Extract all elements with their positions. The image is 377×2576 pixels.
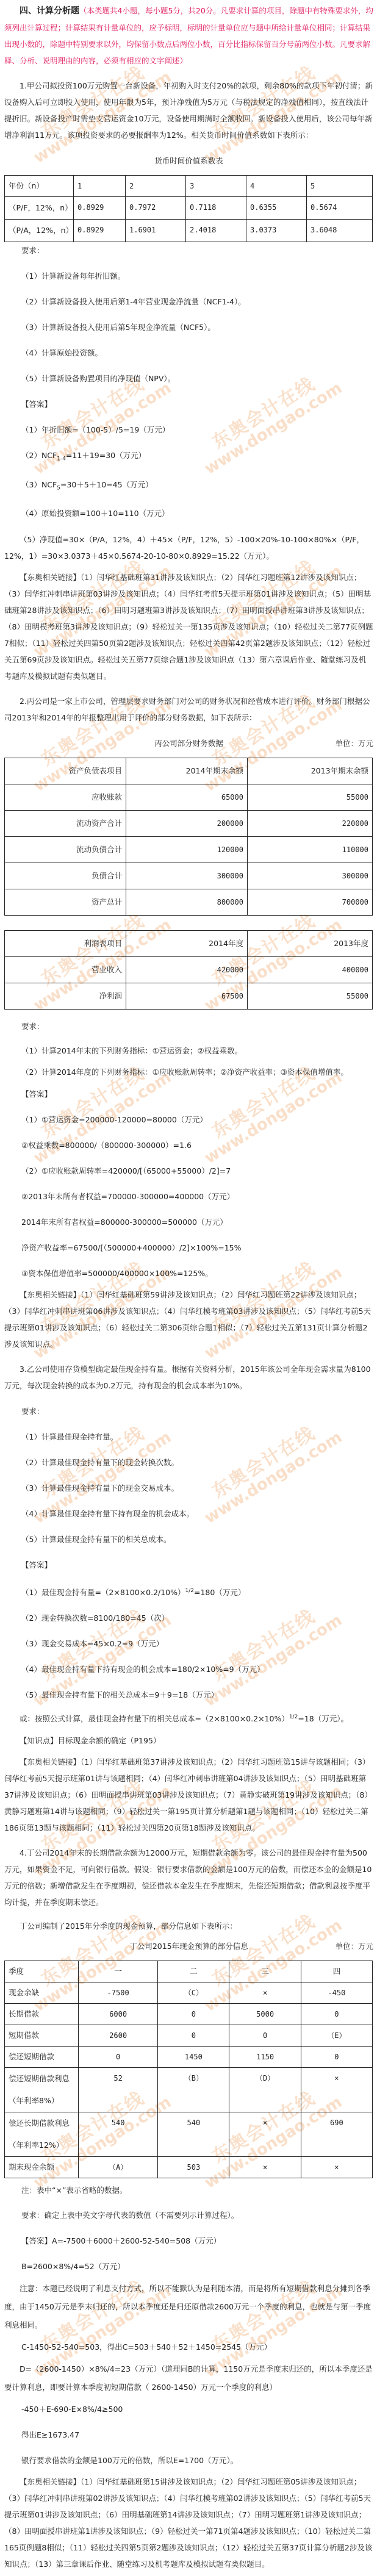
requirement-item: （1）计算新设备每年折旧额。 xyxy=(4,264,373,289)
table-cell: 1150 xyxy=(229,2047,301,2068)
table-row: 营业收入420000400000 xyxy=(5,957,373,983)
requirements-label: 要求： xyxy=(4,1399,373,1424)
table-cell: 55000 xyxy=(247,784,372,811)
table-cell: 年份（n） xyxy=(5,176,74,197)
answer-item: -450＋E-690-E×8%/4≥500 xyxy=(4,2397,373,2422)
table-cell: × xyxy=(229,2112,301,2157)
answer-item: （1）最佳现金持有量=（2×8100×0.2/10%）1/2=180（万元） xyxy=(4,1578,373,1606)
requirement-item: （2）计算最佳现金持有量下的现金转换次数。 xyxy=(4,1450,373,1476)
table-cell: 营业收入 xyxy=(5,957,126,983)
table-cell: 540 xyxy=(158,2112,229,2157)
table-cell: 0 xyxy=(229,2025,301,2047)
table-cell: 300000 xyxy=(126,863,247,889)
q4-table-caption: 丁公司2015年现金预算的部分信息单位：万元 xyxy=(4,1937,373,1956)
answer-item: （2）NCF1-4=11＋19=30（万元） xyxy=(4,443,373,472)
table-cell: 0.5674 xyxy=(307,197,373,220)
q2-stem: 2.丙公司是一家上市公司，管理层要求财务部门对公司的财务状况和经营成本进行评价。… xyxy=(4,693,373,726)
table-row: （P/F，12%，n） 0.8929 0.7972 0.7118 0.6355 … xyxy=(5,197,373,220)
table-cell: 长期借款 xyxy=(5,2004,79,2025)
table-cell: 2014年期末余额 xyxy=(126,758,247,784)
table-row: 长期借款6000050000 xyxy=(5,2004,373,2025)
table-row: 期末现金余额（A）503×× xyxy=(5,2157,373,2178)
answer-item: （2）①应收账款周转率=420000/[（65000+55000）/2]=7 xyxy=(4,1158,373,1184)
table-cell: 2013年度 xyxy=(247,931,372,957)
requirement-item: （5）计算新设备购置项目的净现值（NPV）。 xyxy=(4,366,373,392)
table-cell: 65000 xyxy=(126,784,247,811)
answer-text: 或：按照公式计算，最佳现金持有量下的相关总成本=（2×8100×0.2×10%） xyxy=(20,1714,289,1723)
table-cell: 应收账款 xyxy=(5,784,126,811)
requirement-item: （2）计算新设备投入使用后第1-4年营业现金净流量（NCF1-4）。 xyxy=(4,289,373,315)
table-unit: 单位：万元 xyxy=(335,734,373,753)
related-links: 【东奥相关链接】（1）闫华红基础班第37讲涉及该知识点；（2）闫华红习题班第15… xyxy=(4,1754,373,1836)
table-cell: （B） xyxy=(158,2068,229,2112)
knowledge-point: 【知识点】目标现金余额的确定（P195） xyxy=(4,1728,373,1754)
answer-item: （3）现金交易成本=45×0.2=9（万元） xyxy=(4,1631,373,1657)
requirement-item: （2）计算2014年度的下列财务指标：①应收账款周转率；②净资产收益率；③资本保… xyxy=(4,1063,373,1082)
table-header-row: 年份（n） 1 2 3 4 5 xyxy=(5,176,373,197)
section-header: 四、计算分析题（本类题共4小题，每小题5分，共20分。凡要求计算的项目，除题中有… xyxy=(4,2,373,69)
table-cell: 2.4018 xyxy=(186,220,246,242)
q1-stem: 1.甲公司拟投资100万元购置一台新设备，年初购入时支付20%的款项，剩余80%… xyxy=(4,77,373,143)
requirement-item: （3）计算新设备投入使用后第5年现金净流量（NCF5）。 xyxy=(4,315,373,340)
table-cell: 0.7972 xyxy=(126,197,186,220)
cash-budget-table: 季度 一 二 三 四 现金余缺-7500（C）×-450 长期借款6000050… xyxy=(4,1961,373,2178)
answer-label: 【答案】 xyxy=(21,2236,52,2245)
table-cell: 4 xyxy=(246,176,307,197)
q4-stem: 4.丁公司2014年末的长期借款余额为12000万元，短期借款余额为零。该公司的… xyxy=(4,1845,373,1910)
answer-note: 注意：本题已经说明了利息支付方式，所以不能默认为是利随本清，而是将所有短期借款利… xyxy=(4,2280,373,2334)
table-title: 丁公司2015年现金预算的部分信息 xyxy=(129,1942,248,1951)
answer-item: B=2600×8%/4=52（万元） xyxy=(4,2254,373,2280)
answer-item: 银行要求借款的金额是100万元的倍数，所以E=1700（万元）。 xyxy=(4,2448,373,2474)
table-cell: 现金余缺 xyxy=(5,1982,79,2004)
requirement-item: （3）计算最佳现金持有量下的现金交易成本。 xyxy=(4,1476,373,1501)
table-title: 丙公司部分财务数据 xyxy=(154,739,223,748)
q3-stem: 3.乙公司使用存货模型确定最佳现金持有量。根据有关资料分析，2015年该公司全年… xyxy=(4,1361,373,1394)
balance-sheet-table: 资产负债表项目 2014年期末余额 2013年期末余额 应收账款65000550… xyxy=(4,758,373,916)
table-cell: 0.8929 xyxy=(74,220,126,242)
table-cell: 400000 xyxy=(247,957,372,983)
table-cell: 流动负债合计 xyxy=(5,837,126,863)
table-row: 净利润6750055000 xyxy=(5,983,373,1010)
question-2: 2.丙公司是一家上市公司，管理层要求财务部门对公司的财务状况和经营成本进行评价。… xyxy=(4,693,373,1352)
table-cell: 5 xyxy=(307,176,373,197)
table-row: 短期借款260000（E） xyxy=(5,2025,373,2047)
table-cell: 四 xyxy=(301,1961,372,1982)
answer-item: ②权益乘数=800000/（800000-300000）=1.6 xyxy=(4,1133,373,1158)
table-cell: 2013年期末余额 xyxy=(247,758,372,784)
related-links: 【东奥相关链接】（1）闫华红基础班第59讲涉及该知识点；（2）闫华红习题班第22… xyxy=(4,1286,373,1352)
answer-item: （1）年折旧额=（100-5）/5=19（万元） xyxy=(4,417,373,443)
requirement-item: （4）计算原始投资额。 xyxy=(4,340,373,366)
answer-item: （5）最佳现金持有量下的相关总成本=9＋9=18（万元） xyxy=(4,1682,373,1708)
table-header-row: 季度 一 二 三 四 xyxy=(5,1961,373,1982)
table-cell: 流动资产合计 xyxy=(5,811,126,837)
answer-text: =180（万元） xyxy=(194,1588,245,1597)
table-cell: 净利润 xyxy=(5,983,126,1010)
table-row: 流动负债合计120000110000 xyxy=(5,837,373,863)
table-cell: 0.8929 xyxy=(74,197,126,220)
table-cell: 利润表项目 xyxy=(5,931,126,957)
q4-stem-2: 丁公司编制了2015年分季度的现金预算，部分信息如下表所示： xyxy=(4,1915,373,1937)
table-cell: × xyxy=(301,2157,372,2178)
answer-item: 净资产收益率=67500/[（500000+400000）/2]×100%=15… xyxy=(4,1235,373,1261)
requirement-item: 要求：确定上表中英文字母代表的数值（不需要列示计算过程）。 xyxy=(4,2203,373,2228)
table-row: （P/A，12%，n） 0.8929 1.6901 2.4018 3.0373 … xyxy=(5,220,373,242)
answer-item: （4）最佳现金持有量下持有现金的机会成本=180/2×10%=9（万元） xyxy=(4,1657,373,1682)
table-row: 负债合计300000300000 xyxy=(5,863,373,889)
answer-text: A=-7500＋6000＋2600-52-540=508（万元） xyxy=(52,2236,221,2245)
answer-text: （3）NCF xyxy=(21,480,57,489)
table-cell: （P/A，12%，n） xyxy=(5,220,74,242)
answer-item: C-1450-52-540=503，得出C=503＋540＋52＋1450=25… xyxy=(4,2334,373,2360)
table-cell: 0 xyxy=(158,2004,229,2025)
table-cell: -450 xyxy=(301,1982,372,2004)
subscript: 1-4 xyxy=(57,456,66,462)
table-cell: 偿还短期借款利息（年利率8%） xyxy=(5,2068,79,2112)
answer-item: （5）净现值=30×（P/A，12%，4）＋45×（P/F，12%，5）-100… xyxy=(4,531,373,564)
table-cell: 5000 xyxy=(229,2004,301,2025)
answer-text: （2）NCF xyxy=(21,451,57,460)
section-title: 四、计算分析题 xyxy=(20,6,79,16)
table-cell: 短期借款 xyxy=(5,2025,79,2047)
table-cell: 3.0373 xyxy=(246,220,307,242)
answer-text: =11＋19=30（万元） xyxy=(66,451,146,460)
table-cell: 0.6355 xyxy=(246,197,307,220)
table-cell: （A） xyxy=(79,2157,158,2178)
table-cell: 110000 xyxy=(247,837,372,863)
table-cell: 三 xyxy=(229,1961,301,1982)
table-row: 偿还短期借款利息（年利率8%）52（B）（D）× xyxy=(5,2068,373,2112)
answer-text: =18（万元）。 xyxy=(298,1714,348,1723)
table-cell: -7500 xyxy=(79,1982,158,2004)
table-cell: 800000 xyxy=(126,889,247,916)
table-cell: 120000 xyxy=(126,837,247,863)
table-cell: 52 xyxy=(79,2068,158,2112)
table-row: 应收账款6500055000 xyxy=(5,784,373,811)
table-cell: 资产总计 xyxy=(5,889,126,916)
table-cell: 一 xyxy=(79,1961,158,1982)
requirements-label: 要求： xyxy=(4,1014,373,1039)
table-row: 流动资产合计200000220000 xyxy=(5,811,373,837)
requirement-item: （4）计算最佳现金持有量下持有现金的机会成本。 xyxy=(4,1501,373,1527)
table-header-row: 资产负债表项目 2014年期末余额 2013年期末余额 xyxy=(5,758,373,784)
table-cell: 540 xyxy=(79,2112,158,2157)
table-cell: 2600 xyxy=(79,2025,158,2047)
related-links: 【东奥相关链接】（1）闫华红基础班第15讲涉及该知识点；（2）闫华红习题班第05… xyxy=(4,2474,373,2572)
table-cell: 200000 xyxy=(126,811,247,837)
table-title: 货币时间价值系数表 xyxy=(154,156,223,165)
table-cell: （E） xyxy=(301,2025,372,2047)
table-cell: 2014年度 xyxy=(126,931,247,957)
time-value-table: 年份（n） 1 2 3 4 5 （P/F，12%，n） 0.8929 0.797… xyxy=(4,175,373,242)
table-row: 偿还短期借款0145011500 xyxy=(5,2047,373,2068)
requirements-label: 要求： xyxy=(4,242,373,259)
table-row: 资产总计800000700000 xyxy=(5,889,373,916)
q1-table-caption: 货币时间价值系数表 xyxy=(4,152,373,170)
table-cell: 0 xyxy=(79,2047,158,2068)
table-cell: × xyxy=(301,2068,372,2112)
answer-text: （1）最佳现金持有量=（2×8100×0.2/10%） xyxy=(21,1588,185,1597)
table-cell: 0.7118 xyxy=(186,197,246,220)
table-row: 偿还长期借款利息（年利率12%）540540×690 xyxy=(5,2112,373,2157)
table-cell: 67500 xyxy=(126,983,247,1010)
answer-text: =30＋5＋10=45（万元） xyxy=(60,480,153,489)
question-4: 4.丁公司2014年末的长期借款余额为12000万元，短期借款余额为零。该公司的… xyxy=(4,1845,373,2572)
answer-item: （4）原始投资额=100＋10=110（万元） xyxy=(4,501,373,526)
answer-item: 得出E≥1673.47 xyxy=(4,2422,373,2448)
table-cell: 220000 xyxy=(247,811,372,837)
related-links: 【东奥相关链接】（1）闫华红基础班第31讲涉及该知识点；（2）闫华红习题班第12… xyxy=(4,569,373,684)
table-cell: 0 xyxy=(301,2004,372,2025)
answer-item: ②2013年末所有者权益=700000-300000=400000（万元） xyxy=(4,1184,373,1210)
table-cell: 3.6048 xyxy=(307,220,373,242)
table-row: 现金余缺-7500（C）×-450 xyxy=(5,1982,373,2004)
question-1: 1.甲公司拟投资100万元购置一台新设备，年初购入时支付20%的款项，剩余80%… xyxy=(4,77,373,684)
answer-label: 【答案】 xyxy=(4,1082,373,1107)
table-cell: 503 xyxy=(158,2157,229,2178)
table-cell: 0 xyxy=(301,2047,372,2068)
table-cell: 420000 xyxy=(126,957,247,983)
table-cell: （C） xyxy=(158,1982,229,2004)
table-cell: 二 xyxy=(158,1961,229,1982)
question-3: 3.乙公司使用存货模型确定最佳现金持有量。根据有关资料分析，2015年该公司全年… xyxy=(4,1361,373,1836)
table-cell: 1.6901 xyxy=(126,220,186,242)
answer-item: 或：按照公式计算，最佳现金持有量下的相关总成本=（2×8100×0.2×10%）… xyxy=(4,1708,373,1728)
q2-table-caption: 丙公司部分财务数据单位：万元 xyxy=(4,734,373,753)
table-cell: 55000 xyxy=(247,983,372,1010)
table-cell: 1 xyxy=(74,176,126,197)
table-cell: （P/F，12%，n） xyxy=(5,197,74,220)
table-cell: 6000 xyxy=(79,2004,158,2025)
table-cell: 0 xyxy=(158,2025,229,2047)
answer-item: （3）NCF5=30＋5＋10=45（万元） xyxy=(4,472,373,501)
table-unit: 单位：万元 xyxy=(335,1937,373,1956)
answer-item: 【答案】A=-7500＋6000＋2600-52-540=508（万元） xyxy=(4,2228,373,2254)
superscript: 1/2 xyxy=(185,1588,194,1594)
table-cell: 偿还长期借款利息（年利率12%） xyxy=(5,2112,79,2157)
table-cell: 期末现金余额 xyxy=(5,2157,79,2178)
table-cell: 690 xyxy=(301,2112,372,2157)
requirement-item: （1）计算2014年末的下列财务指标：①营运资金；②权益乘数。 xyxy=(4,1039,373,1063)
answer-item: （2）现金转换次数=8100/180=45（次） xyxy=(4,1606,373,1631)
superscript: 1/2 xyxy=(289,1714,298,1720)
answer-item: ③资本保值增值率=500000/400000×100%=125%。 xyxy=(4,1261,373,1286)
table-cell: 700000 xyxy=(247,889,372,916)
answer-item: 2014年末所有者权益=800000-300000=500000（万元） xyxy=(4,1210,373,1235)
answer-item: D=（2600-1450）×8%/4=23（万元）（道理同B的计算，1150万元… xyxy=(4,2360,373,2397)
table-cell: 负债合计 xyxy=(5,863,126,889)
table-cell: 300000 xyxy=(247,863,372,889)
table-cell: 季度 xyxy=(5,1961,79,1982)
table-cell: × xyxy=(229,1982,301,2004)
answer-label: 【答案】 xyxy=(4,392,373,417)
income-statement-table: 利润表项目 2014年度 2013年度 营业收入420000400000 净利润… xyxy=(4,930,373,1010)
answer-item: （1）①营运资金=200000-120000=80000（万元） xyxy=(4,1107,373,1133)
table-cell: 1450 xyxy=(158,2047,229,2068)
requirement-item: （1）计算最佳现金持有量。 xyxy=(4,1424,373,1450)
table-cell: 偿还短期借款 xyxy=(5,2047,79,2068)
table-cell: 3 xyxy=(186,176,246,197)
table-cell: 资产负债表项目 xyxy=(5,758,126,784)
table-cell: × xyxy=(229,2157,301,2178)
table-note: 注：表中“×”表示省略的数据。 xyxy=(4,2178,373,2203)
requirement-item: （5）计算最佳现金持有量下的相关总成本。 xyxy=(4,1527,373,1552)
table-cell: （D） xyxy=(229,2068,301,2112)
table-cell: 2 xyxy=(126,176,186,197)
table-header-row: 利润表项目 2014年度 2013年度 xyxy=(5,931,373,957)
answer-label: 【答案】 xyxy=(4,1552,373,1578)
